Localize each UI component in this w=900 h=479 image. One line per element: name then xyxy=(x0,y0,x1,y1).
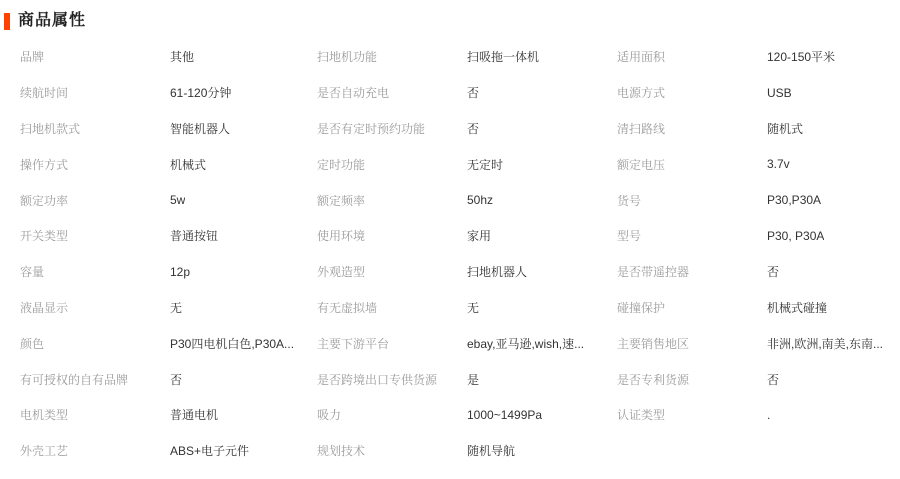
attributes-table: 品牌 其他 扫地机功能 扫吸拖一体机 适用面积 120-150平米 续航时间 6… xyxy=(20,39,900,469)
attribute-value: ebay,亚马逊,wish,速... xyxy=(467,335,584,352)
attribute-pair: 是否自动充电 否 xyxy=(317,75,617,111)
attribute-value: P30,P30A xyxy=(767,193,821,207)
attribute-value: 否 xyxy=(467,84,479,101)
attribute-label: 扫地机功能 xyxy=(317,48,467,65)
attribute-value: 随机导航 xyxy=(467,442,515,459)
attribute-pair: 是否跨境出口专供货源 是 xyxy=(317,361,617,397)
attribute-value: 机械式 xyxy=(170,156,206,173)
attribute-label: 适用面积 xyxy=(617,48,767,65)
attribute-pair: 适用面积 120-150平米 xyxy=(617,39,900,75)
accent-bar-icon xyxy=(4,13,10,30)
attribute-label: 是否自动充电 xyxy=(317,84,467,101)
attribute-value: 普通按钮 xyxy=(170,227,218,244)
attribute-value: 扫吸拖一体机 xyxy=(467,48,539,65)
attribute-label: 使用环境 xyxy=(317,227,467,244)
attribute-pair: 主要下游平台 ebay,亚马逊,wish,速... xyxy=(317,325,617,361)
attribute-value: 否 xyxy=(170,371,182,388)
attribute-value: 无 xyxy=(467,299,479,316)
attribute-value: 12p xyxy=(170,265,190,279)
attribute-label: 颜色 xyxy=(20,335,170,352)
attribute-label: 操作方式 xyxy=(20,156,170,173)
attribute-value: 否 xyxy=(767,371,779,388)
attribute-value: 120-150平米 xyxy=(767,48,835,65)
attribute-value: 普通电机 xyxy=(170,406,218,423)
attribute-pair: 主要销售地区 非洲,欧洲,南美,东南... xyxy=(617,325,900,361)
attribute-pair: 是否专利货源 否 xyxy=(617,361,900,397)
attribute-pair: 外观造型 扫地机器人 xyxy=(317,254,617,290)
attribute-pair: 颜色 P30四电机白色,P30A... xyxy=(20,325,317,361)
attribute-value: P30四电机白色,P30A... xyxy=(170,335,294,352)
attribute-label: 续航时间 xyxy=(20,84,170,101)
section-title: 商品属性 xyxy=(18,11,86,31)
attribute-pair: 电源方式 USB xyxy=(617,75,900,111)
section-header: 商品属性 xyxy=(0,0,900,31)
attribute-label: 认证类型 xyxy=(617,406,767,423)
attribute-pair: 品牌 其他 xyxy=(20,39,317,75)
attribute-label: 开关类型 xyxy=(20,227,170,244)
attribute-value: 扫地机器人 xyxy=(467,263,527,280)
attribute-pair: 有无虚拟墙 无 xyxy=(317,290,617,326)
attribute-label: 额定频率 xyxy=(317,192,467,209)
attribute-label: 外壳工艺 xyxy=(20,442,170,459)
attribute-pair: 电机类型 普通电机 xyxy=(20,397,317,433)
attribute-value: 否 xyxy=(467,120,479,137)
attribute-value: 家用 xyxy=(467,227,491,244)
attribute-label: 电源方式 xyxy=(617,84,767,101)
attribute-value: 否 xyxy=(767,263,779,280)
attribute-pair: 容量 12p xyxy=(20,254,317,290)
attribute-label: 品牌 xyxy=(20,48,170,65)
attribute-value: 是 xyxy=(467,371,479,388)
attribute-pair: 额定功率 5w xyxy=(20,182,317,218)
attribute-value: 随机式 xyxy=(767,120,803,137)
attribute-pair: 规划技术 随机导航 xyxy=(317,433,617,469)
attribute-label: 是否专利货源 xyxy=(617,371,767,388)
attribute-value: P30, P30A xyxy=(767,229,824,243)
attribute-label: 有无虚拟墙 xyxy=(317,299,467,316)
attribute-pair: 有可授权的自有品牌 否 xyxy=(20,361,317,397)
attribute-pair: 是否有定时预约功能 否 xyxy=(317,111,617,147)
attribute-pair: 吸力 1000~1499Pa xyxy=(317,397,617,433)
attribute-value: 机械式碰撞 xyxy=(767,299,827,316)
attribute-pair: 碰撞保护 机械式碰撞 xyxy=(617,290,900,326)
attribute-value: 无定时 xyxy=(467,156,503,173)
attribute-pair: 扫地机款式 智能机器人 xyxy=(20,111,317,147)
attribute-value: 无 xyxy=(170,299,182,316)
attribute-label: 额定功率 xyxy=(20,192,170,209)
attribute-label: 清扫路线 xyxy=(617,120,767,137)
attribute-pair: 定时功能 无定时 xyxy=(317,146,617,182)
attribute-pair: 液晶显示 无 xyxy=(20,290,317,326)
attribute-pair: 外壳工艺 ABS+电子元件 xyxy=(20,433,317,469)
attribute-pair: 开关类型 普通按钮 xyxy=(20,218,317,254)
attribute-pair: 额定频率 50hz xyxy=(317,182,617,218)
attribute-pair: 额定电压 3.7v xyxy=(617,146,900,182)
attribute-label: 是否跨境出口专供货源 xyxy=(317,371,467,388)
attribute-label: 有可授权的自有品牌 xyxy=(20,371,170,388)
attribute-label: 外观造型 xyxy=(317,263,467,280)
attribute-label: 液晶显示 xyxy=(20,299,170,316)
attribute-label: 是否带遥控器 xyxy=(617,263,767,280)
attribute-label: 定时功能 xyxy=(317,156,467,173)
attribute-label: 额定电压 xyxy=(617,156,767,173)
attribute-pair: 是否带遥控器 否 xyxy=(617,254,900,290)
attribute-pair: 续航时间 61-120分钟 xyxy=(20,75,317,111)
attribute-label: 碰撞保护 xyxy=(617,299,767,316)
attribute-pair: 操作方式 机械式 xyxy=(20,146,317,182)
attribute-label: 规划技术 xyxy=(317,442,467,459)
attribute-value: 非洲,欧洲,南美,东南... xyxy=(767,335,883,352)
attribute-value: 1000~1499Pa xyxy=(467,408,542,422)
attribute-value: USB xyxy=(767,86,792,100)
attribute-label: 是否有定时预约功能 xyxy=(317,120,467,137)
attribute-pair: 认证类型 . xyxy=(617,397,900,433)
attribute-value: 其他 xyxy=(170,48,194,65)
attribute-pair-empty xyxy=(617,433,900,469)
attribute-label: 容量 xyxy=(20,263,170,280)
attribute-value: ABS+电子元件 xyxy=(170,442,249,459)
attribute-label: 主要销售地区 xyxy=(617,335,767,352)
attribute-value: . xyxy=(767,408,770,422)
attribute-pair: 货号 P30,P30A xyxy=(617,182,900,218)
attribute-label: 电机类型 xyxy=(20,406,170,423)
attribute-pair: 使用环境 家用 xyxy=(317,218,617,254)
attribute-value: 5w xyxy=(170,193,185,207)
attribute-pair: 清扫路线 随机式 xyxy=(617,111,900,147)
attribute-label: 吸力 xyxy=(317,406,467,423)
attribute-value: 3.7v xyxy=(767,157,790,171)
attribute-label: 扫地机款式 xyxy=(20,120,170,137)
attribute-value: 智能机器人 xyxy=(170,120,230,137)
attribute-label: 型号 xyxy=(617,227,767,244)
attribute-value: 50hz xyxy=(467,193,493,207)
attribute-label: 主要下游平台 xyxy=(317,335,467,352)
attribute-value: 61-120分钟 xyxy=(170,84,231,101)
attribute-pair: 扫地机功能 扫吸拖一体机 xyxy=(317,39,617,75)
attribute-pair: 型号 P30, P30A xyxy=(617,218,900,254)
attribute-label: 货号 xyxy=(617,192,767,209)
